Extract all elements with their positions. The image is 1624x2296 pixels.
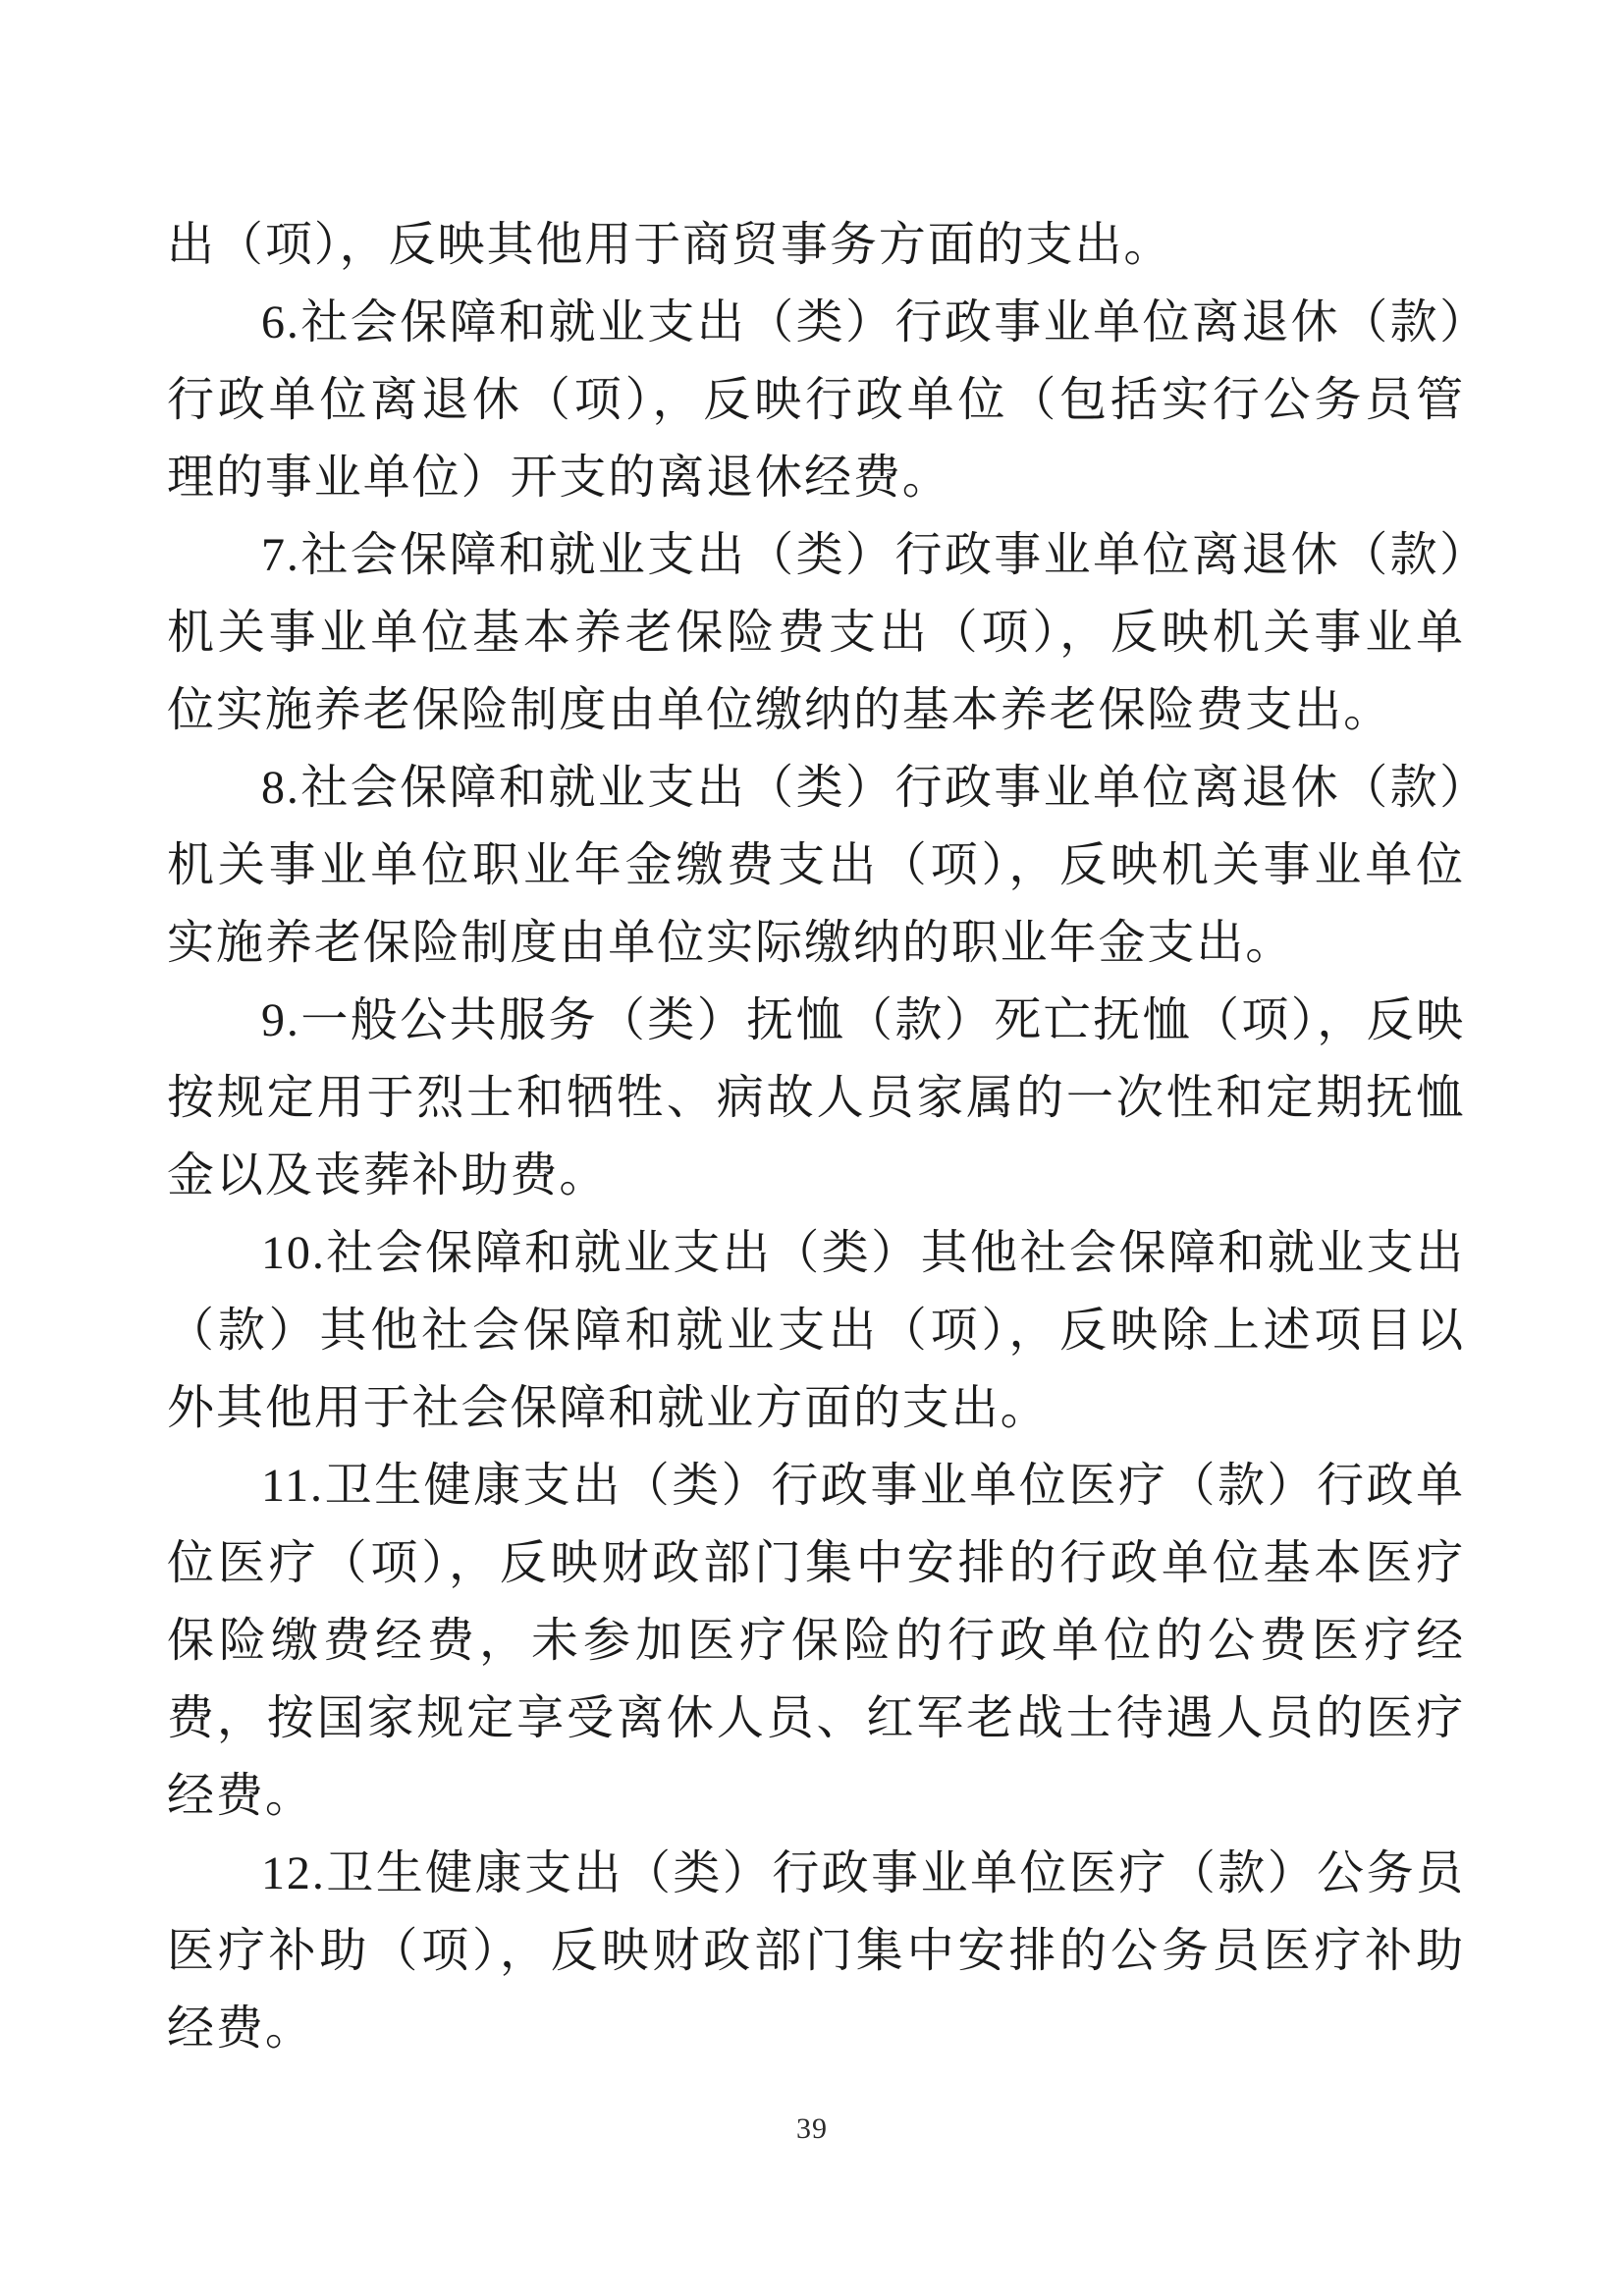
document-page: 出（项），反映其他用于商贸事务方面的支出。6.社会保障和就业支出（类）行政事业单… [0, 0, 1624, 2296]
page-number: 39 [796, 2112, 828, 2145]
document-body: 出（项），反映其他用于商贸事务方面的支出。6.社会保障和就业支出（类）行政事业单… [167, 206, 1465, 2067]
paragraph: 12.卫生健康支出（类）行政事业单位医疗（款）公务员医疗补助（项），反映财政部门… [167, 1835, 1465, 2067]
paragraph: 8.社会保障和就业支出（类）行政事业单位离退休（款）机关事业单位职业年金缴费支出… [167, 749, 1465, 982]
page-footer: 39 [0, 2112, 1624, 2146]
paragraph: 7.社会保障和就业支出（类）行政事业单位离退休（款）机关事业单位基本养老保险费支… [167, 516, 1465, 749]
paragraph: 10.社会保障和就业支出（类）其他社会保障和就业支出（款）其他社会保障和就业支出… [167, 1214, 1465, 1447]
paragraph: 11.卫生健康支出（类）行政事业单位医疗（款）行政单位医疗（项），反映财政部门集… [167, 1447, 1465, 1835]
paragraph: 9.一般公共服务（类）抚恤（款）死亡抚恤（项），反映按规定用于烈士和牺牲、病故人… [167, 982, 1465, 1214]
paragraph: 出（项），反映其他用于商贸事务方面的支出。 [167, 206, 1465, 284]
paragraph: 6.社会保障和就业支出（类）行政事业单位离退休（款）行政单位离退休（项），反映行… [167, 284, 1465, 516]
